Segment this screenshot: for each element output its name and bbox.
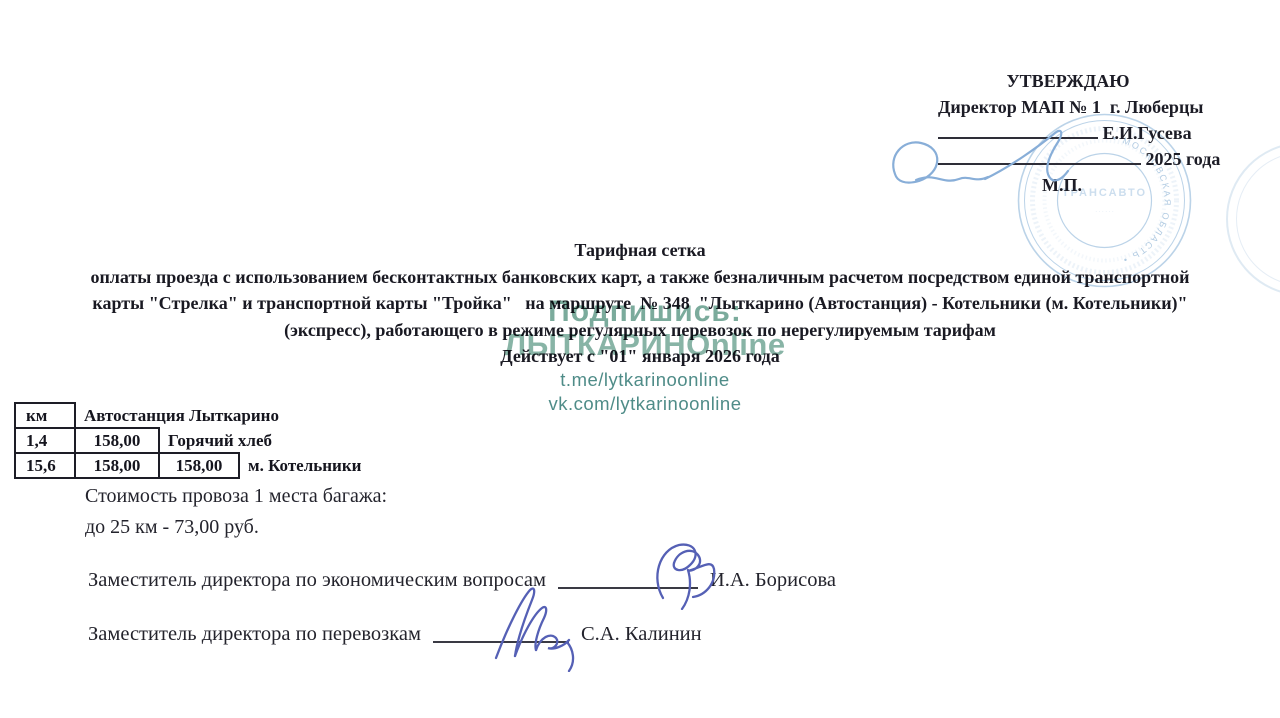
stamp-subtext: . . . . . . [1095,208,1114,214]
approval-director-line: Директор МАП № 1 г. Люберцы [938,94,1256,120]
stop-label: Горячий хлеб [168,427,272,454]
approval-approve-word: УТВЕРЖДАЮ [938,68,1256,94]
approval-year: 2025 года [1146,149,1221,169]
stop-label: м. Котельники [248,452,361,479]
watermark-brand-text: ЛЫТКАРИНОnline [245,327,1045,363]
fare-cell: 158,00 [74,452,160,479]
km-cell: 1,4 [14,427,76,454]
doc-title: Тарифная сетка [0,237,1280,263]
fare-cell: 158,00 [158,452,240,479]
table-row: 15,6 158,00 158,00 м. Котельники [14,452,361,479]
signatory-label: Заместитель директора по перевозкам [88,623,421,646]
table-cell-km-header: км [14,402,76,429]
telegram-link-text: t.me/lytkarinoonline [245,369,1045,391]
vk-link-text: vk.com/lytkarinoonline [245,393,1045,415]
kalinin-signature [478,586,610,672]
director-signature [885,128,1077,206]
baggage-cost-value: до 25 км - 73,00 руб. [85,516,259,539]
doc-title-line2: оплаты проезда с использованием бесконта… [0,264,1280,290]
table-row: км Автостанция Лыткарино [14,402,279,429]
baggage-cost-title: Стоимость провоза 1 места багажа: [85,485,387,508]
stop-label: Автостанция Лыткарино [84,402,279,429]
table-row: 1,4 158,00 Горячий хлеб [14,427,272,454]
director-name: Е.И.Гусева [1103,123,1192,143]
borisova-signature [643,538,739,610]
fare-cell: 158,00 [74,427,160,454]
watermark-subscribe-text: Подпишись: [245,295,1045,329]
km-cell: 15,6 [14,452,76,479]
document-page: • МОСКОВСКАЯ ОБЛАСТЬ • ТРАНСАВТО . . . .… [0,0,1280,718]
